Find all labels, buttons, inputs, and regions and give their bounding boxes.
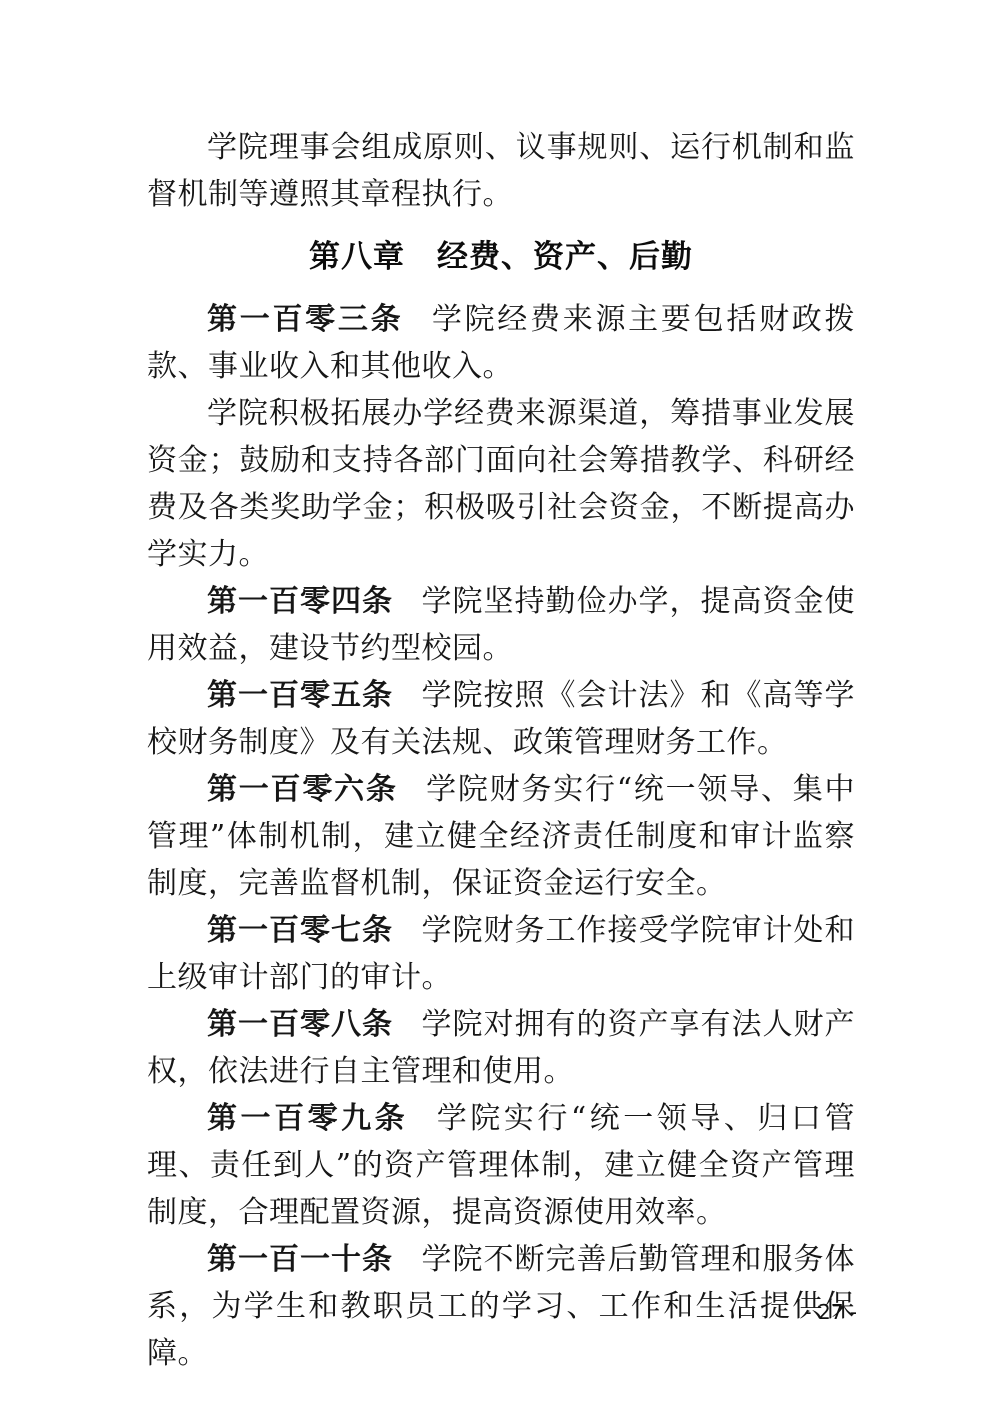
article-108-number: 第一百零八条 [207, 1007, 393, 1042]
article-104: 第一百零四条学院坚持勤俭办学，提高资金使用效益，建设节约型校园。 [147, 578, 855, 672]
article-109-number: 第一百零九条 [207, 1101, 408, 1136]
document-page: 学院理事会组成原则、议事规则、运行机制和监督机制等遵照其章程执行。 第八章 经费… [0, 0, 1000, 1414]
article-105: 第一百零五条学院按照《会计法》和《高等学校财务制度》及有关法规、政策管理财务工作… [147, 672, 855, 766]
article-103: 第一百零三条学院经费来源主要包括财政拨款、事业收入和其他收入。 [147, 296, 855, 390]
article-107-number: 第一百零七条 [207, 913, 393, 948]
article-110: 第一百一十条学院不断完善后勤管理和服务体系，为学生和教职员工的学习、工作和生活提… [147, 1236, 855, 1377]
article-107: 第一百零七条学院财务工作接受学院审计处和上级审计部门的审计。 [147, 907, 855, 1001]
article-103-continuation: 学院积极拓展办学经费来源渠道，筹措事业发展资金；鼓励和支持各部门面向社会筹措教学… [147, 390, 855, 578]
article-103-number: 第一百零三条 [207, 302, 403, 337]
article-110-number: 第一百一十条 [207, 1242, 393, 1277]
article-108: 第一百零八条学院对拥有的资产享有法人财产权，依法进行自主管理和使用。 [147, 1001, 855, 1095]
paragraph-pre-chapter: 学院理事会组成原则、议事规则、运行机制和监督机制等遵照其章程执行。 [147, 124, 855, 218]
chapter-heading: 第八章 经费、资产、后勤 [147, 234, 855, 281]
article-106-number: 第一百零六条 [207, 772, 398, 807]
article-105-number: 第一百零五条 [207, 678, 393, 713]
page-number: - 27 - [804, 1300, 857, 1324]
article-106: 第一百零六条学院财务实行“统一领导、集中管理”体制机制，建立健全经济责任制度和审… [147, 766, 855, 907]
article-103-continuation-text: 学院积极拓展办学经费来源渠道，筹措事业发展资金；鼓励和支持各部门面向社会筹措教学… [147, 396, 855, 572]
document-content: 学院理事会组成原则、议事规则、运行机制和监督机制等遵照其章程执行。 第八章 经费… [147, 124, 855, 1377]
article-104-number: 第一百零四条 [207, 584, 393, 619]
article-109: 第一百零九条学院实行“统一领导、归口管理、责任到人”的资产管理体制，建立健全资产… [147, 1095, 855, 1236]
